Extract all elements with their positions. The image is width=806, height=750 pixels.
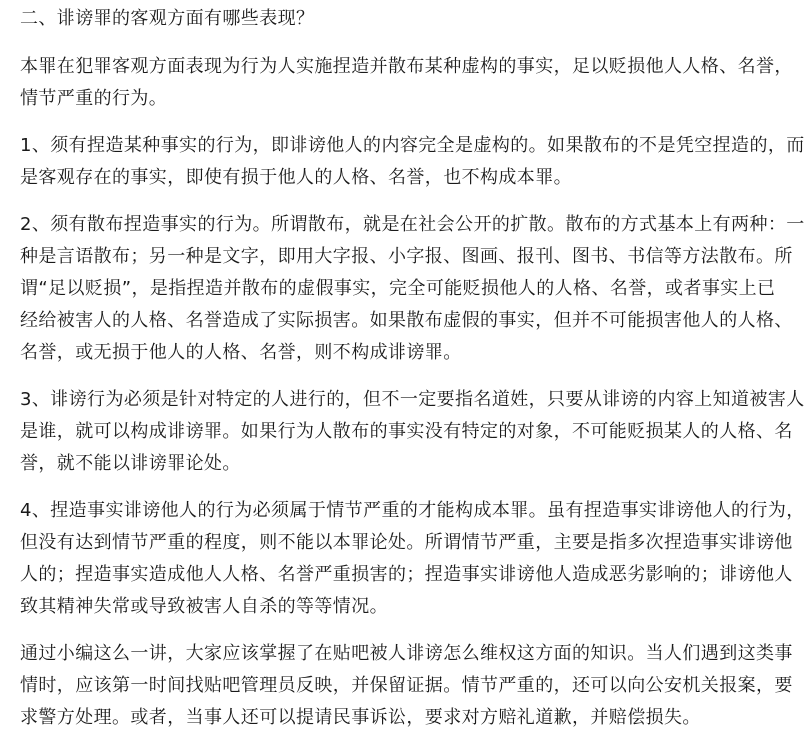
text-line: 求警方处理。或者，当事人还可以提请民事诉讼，要求对方赔礼道歉，并赔偿损失。: [20, 702, 800, 734]
paragraph-point-2: 2、须有散布捏造事实的行为。所谓散布，就是在社会公开的扩散。散布的方式基本上有两…: [20, 209, 800, 369]
text-line: 3、诽谤行为必须是针对特定的人进行的，但不一定要指名道姓，只要从诽谤的内容上知道…: [20, 384, 800, 416]
text-line: 情节严重的行为。: [20, 83, 800, 115]
paragraph-conclusion: 通过小编这么一讲，大家应该掌握了在贴吧被人诽谤怎么维权这方面的知识。当人们遇到这…: [20, 638, 800, 734]
text-line: 致其精神失常或导致被害人自杀的等等情况。: [20, 591, 800, 623]
paragraph-definition: 本罪在犯罪客观方面表现为行为人实施捏造并散布某种虚构的事实，足以贬损他人人格、名…: [20, 51, 800, 115]
text-line: 2、须有散布捏造事实的行为。所谓散布，就是在社会公开的扩散。散布的方式基本上有两…: [20, 209, 800, 241]
text-line: 1、须有捏造某种事实的行为，即诽谤他人的内容完全是虚构的。如果散布的不是凭空捏造…: [20, 130, 800, 162]
text-line: 人的；捏造事实造成他人人格、名誉严重损害的；捏造事实诽谤他人造成恶劣影响的；诽谤…: [20, 559, 800, 591]
paragraph-point-4: 4、捏造事实诽谤他人的行为必须属于情节严重的才能构成本罪。虽有捏造事实诽谤他人的…: [20, 495, 800, 623]
text-line: 种是言语散布；另一种是文字，即用大字报、小字报、图画、报刊、图书、书信等方法散布…: [20, 241, 800, 273]
text-line: 经给被害人的人格、名誉造成了实际损害。如果散布虚假的事实，但并不可能损害他人的人…: [20, 305, 800, 337]
text-line: 本罪在犯罪客观方面表现为行为人实施捏造并散布某种虚构的事实，足以贬损他人人格、名…: [20, 51, 800, 83]
paragraph-point-3: 3、诽谤行为必须是针对特定的人进行的，但不一定要指名道姓，只要从诽谤的内容上知道…: [20, 384, 800, 480]
text-line: 是客观存在的事实，即使有损于他人的人格、名誉，也不构成本罪。: [20, 162, 800, 194]
text-line: 誉，就不能以诽谤罪论处。: [20, 448, 800, 480]
text-line: 4、捏造事实诽谤他人的行为必须属于情节严重的才能构成本罪。虽有捏造事实诽谤他人的…: [20, 495, 800, 527]
text-line: 通过小编这么一讲，大家应该掌握了在贴吧被人诽谤怎么维权这方面的知识。当人们遇到这…: [20, 638, 800, 670]
article-heading: 二、诽谤罪的客观方面有哪些表现？: [20, 6, 314, 32]
text-line: 但没有达到情节严重的程度，则不能以本罪论处。所谓情节严重，主要是指多次捏造事实诽…: [20, 527, 800, 559]
text-line: 谓“足以贬损”，是指捏造并散布的虚假事实，完全可能贬损他人的人格、名誉，或者事实…: [20, 273, 800, 305]
paragraph-point-1: 1、须有捏造某种事实的行为，即诽谤他人的内容完全是虚构的。如果散布的不是凭空捏造…: [20, 130, 800, 194]
text-line: 情时，应该第一时间找贴吧管理员反映，并保留证据。情节严重的，还可以向公安机关报案…: [20, 670, 800, 702]
text-line: 是谁，就可以构成诽谤罪。如果行为人散布的事实没有特定的对象，不可能贬损某人的人格…: [20, 416, 800, 448]
text-line: 名誉，或无损于他人的人格、名誉，则不构成诽谤罪。: [20, 337, 800, 369]
